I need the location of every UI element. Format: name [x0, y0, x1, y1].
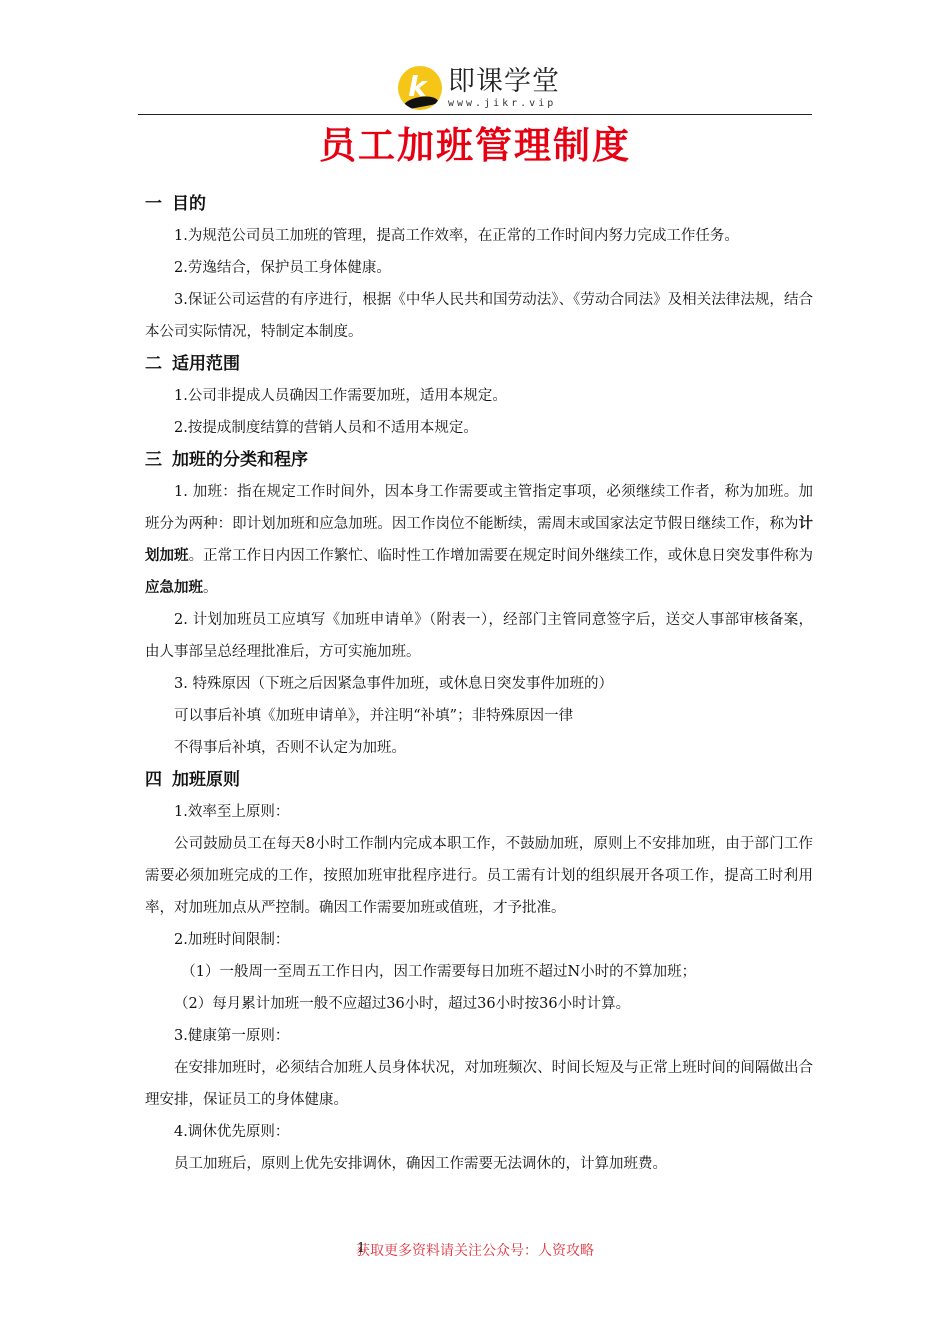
section-title: 目的 [172, 194, 206, 214]
document-title: 员工加班管理制度 [0, 118, 950, 174]
paragraph: 4.调休优先原则： [145, 1116, 813, 1148]
section-number: 二 [145, 354, 162, 374]
paragraph: 2.按提成制度结算的营销人员和不适用本规定。 [145, 412, 813, 444]
section-number: 三 [145, 450, 162, 470]
paragraph: 3. 特殊原因（下班之后因紧急事件加班，或休息日突发事件加班的） [145, 668, 813, 700]
term-emergency-overtime: 应急加班 [145, 580, 203, 596]
paragraph: 员工加班后，原则上优先安排调休，确因工作需要无法调休的，计算加班费。 [145, 1148, 813, 1180]
page-number: 1 [357, 1241, 365, 1256]
paragraph: 1.公司非提成人员确因工作需要加班，适用本规定。 [145, 380, 813, 412]
text-segment: 1. 加班：指在规定工作时间外，因本身工作需要或主管指定事项，必须继续工作者，称… [145, 484, 813, 532]
section-title: 适用范围 [172, 354, 240, 374]
text-segment: 。正常工作日内因工作繁忙、临时性工作增加需要在规定时间外继续工作，或休息日突发事… [189, 548, 813, 564]
brand-logo: k 即课学堂 www.jikr.vip [398, 66, 560, 110]
paragraph: 在安排加班时，必须结合加班人员身体状况，对加班频次、时间长短及与正常上班时间的间… [145, 1052, 813, 1116]
section-title: 加班原则 [172, 770, 240, 790]
paragraph: 1.为规范公司员工加班的管理，提高工作效率，在正常的工作时间内努力完成工作任务。 [145, 220, 813, 252]
section-heading-scope: 二适用范围 [145, 348, 813, 380]
brand-url: www.jikr.vip [448, 98, 560, 109]
section-number: 四 [145, 770, 162, 790]
paragraph: 3.健康第一原则： [145, 1020, 813, 1052]
paragraph: 1.效率至上原则： [145, 796, 813, 828]
jikr-logo-icon: k [398, 66, 442, 110]
paragraph: （2）每月累计加班一般不应超过36小时，超过36小时按36小时计算。 [145, 988, 813, 1020]
section-number: 一 [145, 194, 162, 214]
section-heading-principles: 四加班原则 [145, 764, 813, 796]
paragraph: 2.劳逸结合，保护员工身体健康。 [145, 252, 813, 284]
paragraph: 公司鼓励员工在每天8小时工作制内完成本职工作，不鼓励加班，原则上不安排加班，由于… [145, 828, 813, 924]
section-heading-purpose: 一目的 [145, 188, 813, 220]
document-body: 一目的 1.为规范公司员工加班的管理，提高工作效率，在正常的工作时间内努力完成工… [145, 188, 813, 1180]
section-title: 加班的分类和程序 [172, 450, 308, 470]
paragraph: 2.加班时间限制： [145, 924, 813, 956]
paragraph: （1）一般周一至周五工作日内，因工作需要每日加班不超过N小时的不算加班； [145, 956, 813, 988]
header-divider [138, 114, 812, 115]
footer-promo-text: 获取更多资料请关注公众号：人资攻略 [0, 1240, 950, 1260]
paragraph: 2. 计划加班员工应填写《加班申请单》（附表一），经部门主管同意签字后，送交人事… [145, 604, 813, 668]
paragraph-overtime-definition: 1. 加班：指在规定工作时间外，因本身工作需要或主管指定事项，必须继续工作者，称… [145, 476, 813, 604]
paragraph: 不得事后补填，否则不认定为加班。 [145, 732, 813, 764]
paragraph: 可以事后补填《加班申请单》，并注明“补填”；非特殊原因一律 [145, 700, 813, 732]
brand-name: 即课学堂 [448, 67, 560, 97]
section-heading-classification: 三加班的分类和程序 [145, 444, 813, 476]
paragraph: 3.保证公司运营的有序进行，根据《中华人民共和国劳动法》、《劳动合同法》及相关法… [145, 284, 813, 348]
text-segment: 。 [203, 580, 218, 596]
